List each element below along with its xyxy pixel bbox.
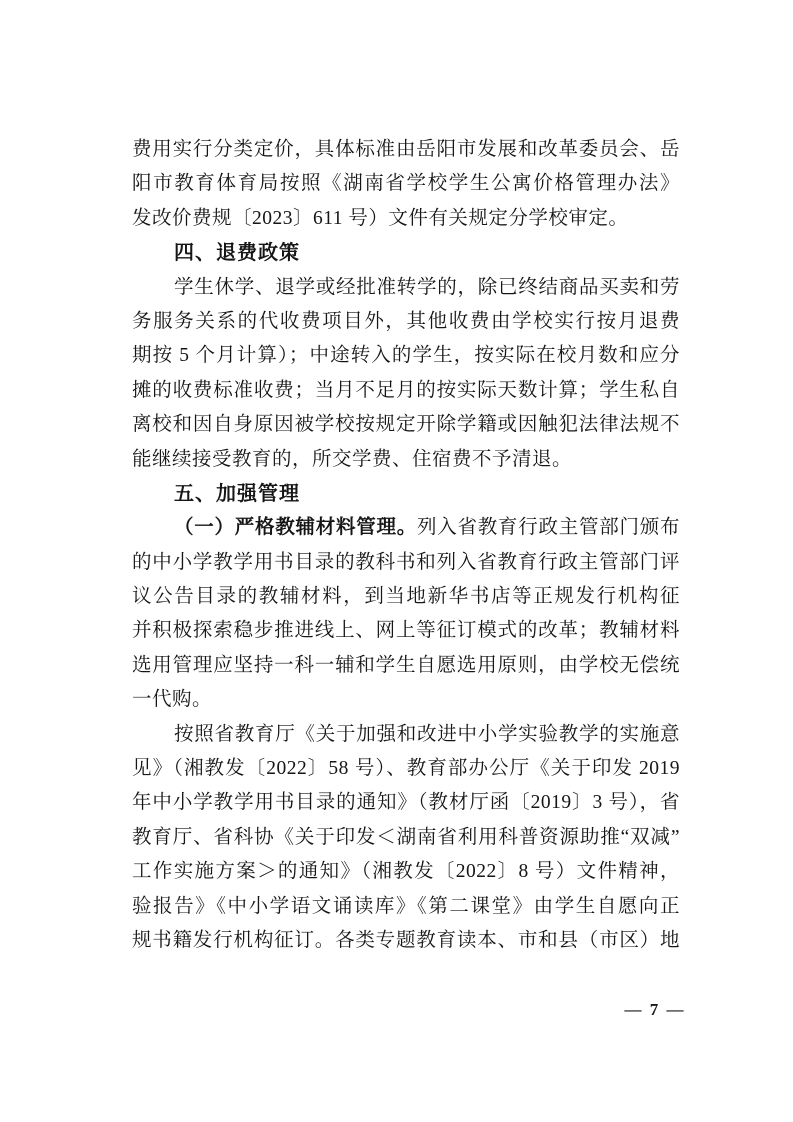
text-run: 一代购。 xyxy=(132,689,212,710)
text-run: 五、加强管理 xyxy=(174,483,300,505)
text-run: 离校和因自身原因被学校按规定开除学籍或因触犯法律法规不 xyxy=(132,414,680,435)
text-run: 发改价费规〔2023〕611 号）文件有关规定分学校审定。 xyxy=(132,208,628,229)
text-run: 规书籍发行机构征订。各类专题教育读本、市和县（市区）地 xyxy=(132,930,680,951)
text-line: 费用实行分类定价，具体标准由岳阳市发展和改革委员会、岳 xyxy=(132,133,680,167)
text-run: 列入省教育行政主管部门颁布 xyxy=(417,517,680,538)
text-line: 离校和因自身原因被学校按规定开除学籍或因触犯法律法规不 xyxy=(132,408,680,442)
text-run: 学生休学、退学或经批准转学的，除已终结商品买卖和劳 xyxy=(174,277,680,298)
text-run: 教育厅、省科协《关于印发＜湖南省利用科普资源助推“双减” xyxy=(132,827,680,848)
text-run: 年中小学教学用书目录的通知》（教材厅函〔2019〕3 号），省 xyxy=(132,792,680,813)
text-line: 教育厅、省科协《关于印发＜湖南省利用科普资源助推“双减” xyxy=(132,821,680,855)
section-heading: 四、退费政策 xyxy=(132,236,680,270)
text-line: 规书籍发行机构征订。各类专题教育读本、市和县（市区）地 xyxy=(132,924,680,958)
text-line: 的中小学教学用书目录的教科书和列入省教育行政主管部门评 xyxy=(132,546,680,580)
page-number: — 7 — xyxy=(610,1000,700,1020)
text-line: 能继续接受教育的，所交学费、住宿费不予清退。 xyxy=(132,443,680,477)
text-run: 能继续接受教育的，所交学费、住宿费不予清退。 xyxy=(132,449,572,470)
text-line: 期按 5 个月计算）；中途转入的学生，按实际在校月数和应分 xyxy=(132,339,680,373)
text-line: 阳市教育体育局按照《湖南省学校学生公寓价格管理办法》（湘 xyxy=(132,167,680,201)
text-line: 见》（湘教发〔2022〕58 号）、教育部办公厅《关于印发 2019 xyxy=(132,752,680,786)
text-run: 费用实行分类定价，具体标准由岳阳市发展和改革委员会、岳 xyxy=(132,139,680,160)
text-line: 并积极探索稳步推进线上、网上等征订模式的改革；教辅材料 xyxy=(132,614,680,648)
text-line: 摊的收费标准收费；当月不足月的按实际天数计算；学生私自 xyxy=(132,374,680,408)
text-run: 验报告》《中小学语文诵读库》《第二课堂》由学生自愿向正 xyxy=(132,896,680,917)
text-run: 工作实施方案＞的通知》（湘教发〔2022〕8 号）文件精神，《实 xyxy=(132,861,680,889)
text-line: （一）严格教辅材料管理。列入省教育行政主管部门颁布 xyxy=(132,511,680,545)
text-run: 期按 5 个月计算）；中途转入的学生，按实际在校月数和应分 xyxy=(132,345,680,366)
text-line: 学生休学、退学或经批准转学的，除已终结商品买卖和劳 xyxy=(132,271,680,305)
text-line: 选用管理应坚持一科一辅和学生自愿选用原则，由学校无偿统 xyxy=(132,649,680,683)
text-run: 阳市教育体育局按照《湖南省学校学生公寓价格管理办法》（湘 xyxy=(132,173,680,201)
text-line: 验报告》《中小学语文诵读库》《第二课堂》由学生自愿向正 xyxy=(132,890,680,924)
document-page: 费用实行分类定价，具体标准由岳阳市发展和改革委员会、岳阳市教育体育局按照《湖南省… xyxy=(0,0,793,1122)
text-run: 选用管理应坚持一科一辅和学生自愿选用原则，由学校无偿统 xyxy=(132,655,680,676)
text-line: 发改价费规〔2023〕611 号）文件有关规定分学校审定。 xyxy=(132,202,680,236)
document-body: 费用实行分类定价，具体标准由岳阳市发展和改革委员会、岳阳市教育体育局按照《湖南省… xyxy=(132,133,680,958)
text-run: 按照省教育厅《关于加强和改进中小学实验教学的实施意 xyxy=(174,724,680,745)
text-run: 四、退费政策 xyxy=(174,242,300,264)
text-run: 摊的收费标准收费；当月不足月的按实际天数计算；学生私自 xyxy=(132,380,680,401)
text-line: 务服务关系的代收费项目外，其他收费由学校实行按月退费（学 xyxy=(132,305,680,339)
section-heading: 五、加强管理 xyxy=(132,477,680,511)
bold-text-run: （一）严格教辅材料管理。 xyxy=(174,517,417,538)
text-run: 见》（湘教发〔2022〕58 号）、教育部办公厅《关于印发 2019 xyxy=(132,758,680,779)
text-line: 工作实施方案＞的通知》（湘教发〔2022〕8 号）文件精神，《实 xyxy=(132,855,680,889)
text-line: 一代购。 xyxy=(132,683,680,717)
text-line: 年中小学教学用书目录的通知》（教材厅函〔2019〕3 号），省 xyxy=(132,786,680,820)
text-line: 按照省教育厅《关于加强和改进中小学实验教学的实施意 xyxy=(132,718,680,752)
text-run: 的中小学教学用书目录的教科书和列入省教育行政主管部门评 xyxy=(132,552,680,573)
text-run: 并积极探索稳步推进线上、网上等征订模式的改革；教辅材料 xyxy=(132,620,680,641)
text-line: 议公告目录的教辅材料，到当地新华书店等正规发行机构征订， xyxy=(132,580,680,614)
text-run: 务服务关系的代收费项目外，其他收费由学校实行按月退费（学 xyxy=(132,311,680,339)
text-run: 议公告目录的教辅材料，到当地新华书店等正规发行机构征订， xyxy=(132,586,680,614)
